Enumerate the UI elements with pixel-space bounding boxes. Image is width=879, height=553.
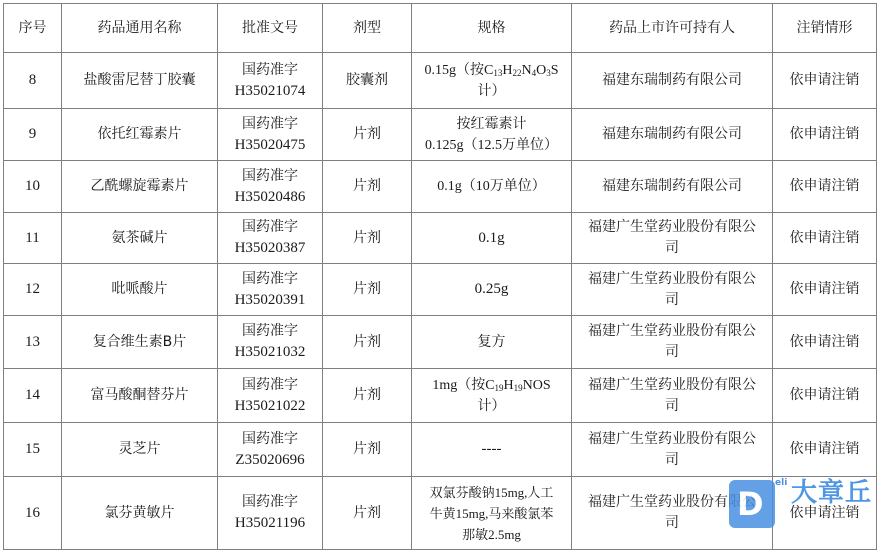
table-row: 8 盐酸雷尼替丁胶囊 国药准字H35021074 胶囊剂 0.15g（按C13H… — [4, 53, 877, 109]
cell-spec: 1mg（按C19H19NOS 计） — [412, 369, 572, 423]
cell-status: 依申请注销 — [773, 423, 877, 477]
cell-form: 片剂 — [323, 316, 412, 369]
cell-form: 片剂 — [323, 423, 412, 477]
cell-spec: ---- — [412, 423, 572, 477]
spec-line1: 按红霉素计 — [416, 114, 567, 135]
approval-prefix: 国药准字 — [222, 321, 318, 342]
cell-status: 依申请注销 — [773, 369, 877, 423]
spec-line3: 那敏2.5mg — [416, 524, 567, 545]
approval-prefix: 国药准字 — [222, 492, 318, 513]
cell-holder: 福建广生堂药业股份有限公司 — [572, 477, 773, 550]
holder-line1: 福建广生堂药业股份有限公 — [576, 269, 768, 290]
spec-line2: 0.125g（12.5万单位） — [416, 135, 567, 156]
cell-status: 依申请注销 — [773, 477, 877, 550]
approval-code: H35021196 — [222, 513, 318, 534]
approval-code: H35020486 — [222, 187, 318, 208]
cell-spec: 双氯芬酸钠15mg,人工 牛黄15mg,马来酸氯苯 那敏2.5mg — [412, 477, 572, 550]
holder-line2: 司 — [576, 342, 768, 363]
table-row: 13 复合维生素B片 国药准字H35021032 片剂 复方 福建广生堂药业股份… — [4, 316, 877, 369]
table-row: 12 吡哌酸片 国药准字H35020391 片剂 0.25g 福建广生堂药业股份… — [4, 264, 877, 316]
cell-no: 13 — [4, 316, 62, 369]
approval-code: H35021022 — [222, 396, 318, 417]
header-spec: 规格 — [412, 4, 572, 53]
approval-code: H35020387 — [222, 238, 318, 259]
cell-form: 片剂 — [323, 264, 412, 316]
cell-approval: 国药准字H35020475 — [218, 109, 323, 161]
table-row: 9 依托红霉素片 国药准字H35020475 片剂 按红霉素计 0.125g（1… — [4, 109, 877, 161]
cell-name: 灵芝片 — [62, 423, 218, 477]
holder-line2: 司 — [576, 238, 768, 259]
holder-line2: 司 — [576, 450, 768, 471]
cell-no: 16 — [4, 477, 62, 550]
cell-form: 片剂 — [323, 477, 412, 550]
approval-code: Z35020696 — [222, 450, 318, 471]
table-row: 11 氨茶碱片 国药准字H35020387 片剂 0.1g 福建广生堂药业股份有… — [4, 213, 877, 264]
cell-approval: 国药准字Z35020696 — [218, 423, 323, 477]
cell-status: 依申请注销 — [773, 109, 877, 161]
cell-name: 乙酰螺旋霉素片 — [62, 161, 218, 213]
cell-name: 吡哌酸片 — [62, 264, 218, 316]
table-row: 10 乙酰螺旋霉素片 国药准字H35020486 片剂 0.1g（10万单位） … — [4, 161, 877, 213]
approval-prefix: 国药准字 — [222, 375, 318, 396]
holder-line1: 福建广生堂药业股份有限公 — [576, 321, 768, 342]
table-row: 15 灵芝片 国药准字Z35020696 片剂 ---- 福建广生堂药业股份有限… — [4, 423, 877, 477]
approval-prefix: 国药准字 — [222, 166, 318, 187]
cell-holder: 福建东瑞制药有限公司 — [572, 109, 773, 161]
header-form: 剂型 — [323, 4, 412, 53]
approval-code: H35021032 — [222, 342, 318, 363]
drug-cancellation-table: 序号 药品通用名称 批准文号 剂型 规格 药品上市许可持有人 注销情形 8 盐酸… — [3, 3, 877, 550]
header-row: 序号 药品通用名称 批准文号 剂型 规格 药品上市许可持有人 注销情形 — [4, 4, 877, 53]
cell-name: 复合维生素B片 — [62, 316, 218, 369]
spec-line2: 计） — [416, 396, 567, 417]
cell-approval: 国药准字H35020387 — [218, 213, 323, 264]
cell-approval: 国药准字H35021032 — [218, 316, 323, 369]
approval-prefix: 国药准字 — [222, 217, 318, 238]
approval-prefix: 国药准字 — [222, 429, 318, 450]
holder-line1: 福建广生堂药业股份有限公 — [576, 375, 768, 396]
cell-status: 依申请注销 — [773, 264, 877, 316]
spec-line1: 1mg（按C19H19NOS — [416, 375, 567, 396]
holder-line2: 司 — [576, 513, 768, 534]
approval-prefix: 国药准字 — [222, 60, 318, 81]
cell-holder: 福建东瑞制药有限公司 — [572, 161, 773, 213]
header-name: 药品通用名称 — [62, 4, 218, 53]
cell-holder: 福建广生堂药业股份有限公司 — [572, 213, 773, 264]
header-approval: 批准文号 — [218, 4, 323, 53]
cell-status: 依申请注销 — [773, 316, 877, 369]
holder-line1: 福建广生堂药业股份有限公 — [576, 217, 768, 238]
cell-holder: 福建广生堂药业股份有限公司 — [572, 423, 773, 477]
cell-approval: 国药准字H35020391 — [218, 264, 323, 316]
cell-name: 盐酸雷尼替丁胶囊 — [62, 53, 218, 109]
cell-spec: 复方 — [412, 316, 572, 369]
cell-form: 片剂 — [323, 213, 412, 264]
cell-spec: 0.15g（按C13H22N4O3S 计） — [412, 53, 572, 109]
cell-holder: 福建东瑞制药有限公司 — [572, 53, 773, 109]
header-status: 注销情形 — [773, 4, 877, 53]
cell-spec: 0.25g — [412, 264, 572, 316]
spec-line1: 双氯芬酸钠15mg,人工 — [416, 482, 567, 503]
cell-status: 依申请注销 — [773, 161, 877, 213]
cell-no: 14 — [4, 369, 62, 423]
cell-holder: 福建广生堂药业股份有限公司 — [572, 264, 773, 316]
header-no: 序号 — [4, 4, 62, 53]
table-row: 14 富马酸酮替芬片 国药准字H35021022 片剂 1mg（按C19H19N… — [4, 369, 877, 423]
cell-no: 12 — [4, 264, 62, 316]
spec-line2: 牛黄15mg,马来酸氯苯 — [416, 503, 567, 524]
cell-name: 氯芬黄敏片 — [62, 477, 218, 550]
cell-approval: 国药准字H35021196 — [218, 477, 323, 550]
cell-approval: 国药准字H35021074 — [218, 53, 323, 109]
holder-line1: 福建广生堂药业股份有限公 — [576, 492, 768, 513]
cell-name: 依托红霉素片 — [62, 109, 218, 161]
cell-name: 氨茶碱片 — [62, 213, 218, 264]
cell-no: 15 — [4, 423, 62, 477]
cell-no: 11 — [4, 213, 62, 264]
cell-approval: 国药准字H35021022 — [218, 369, 323, 423]
cell-spec: 0.1g — [412, 213, 572, 264]
spec-line2: 计） — [416, 81, 567, 102]
header-holder: 药品上市许可持有人 — [572, 4, 773, 53]
approval-code: H35021074 — [222, 81, 318, 102]
table-row: 16 氯芬黄敏片 国药准字H35021196 片剂 双氯芬酸钠15mg,人工 牛… — [4, 477, 877, 550]
cell-form: 片剂 — [323, 369, 412, 423]
cell-status: 依申请注销 — [773, 53, 877, 109]
cell-no: 9 — [4, 109, 62, 161]
cell-form: 片剂 — [323, 161, 412, 213]
cell-name: 富马酸酮替芬片 — [62, 369, 218, 423]
cell-status: 依申请注销 — [773, 213, 877, 264]
cell-no: 8 — [4, 53, 62, 109]
cell-spec: 0.1g（10万单位） — [412, 161, 572, 213]
cell-spec: 按红霉素计 0.125g（12.5万单位） — [412, 109, 572, 161]
cell-no: 10 — [4, 161, 62, 213]
cell-form: 胶囊剂 — [323, 53, 412, 109]
holder-line1: 福建广生堂药业股份有限公 — [576, 429, 768, 450]
cell-holder: 福建广生堂药业股份有限公司 — [572, 369, 773, 423]
spec-line1: 0.15g（按C13H22N4O3S — [416, 60, 567, 81]
approval-prefix: 国药准字 — [222, 269, 318, 290]
approval-code: H35020391 — [222, 290, 318, 311]
cell-approval: 国药准字H35020486 — [218, 161, 323, 213]
cell-form: 片剂 — [323, 109, 412, 161]
cell-holder: 福建广生堂药业股份有限公司 — [572, 316, 773, 369]
holder-line2: 司 — [576, 290, 768, 311]
approval-prefix: 国药准字 — [222, 114, 318, 135]
holder-line2: 司 — [576, 396, 768, 417]
approval-code: H35020475 — [222, 135, 318, 156]
